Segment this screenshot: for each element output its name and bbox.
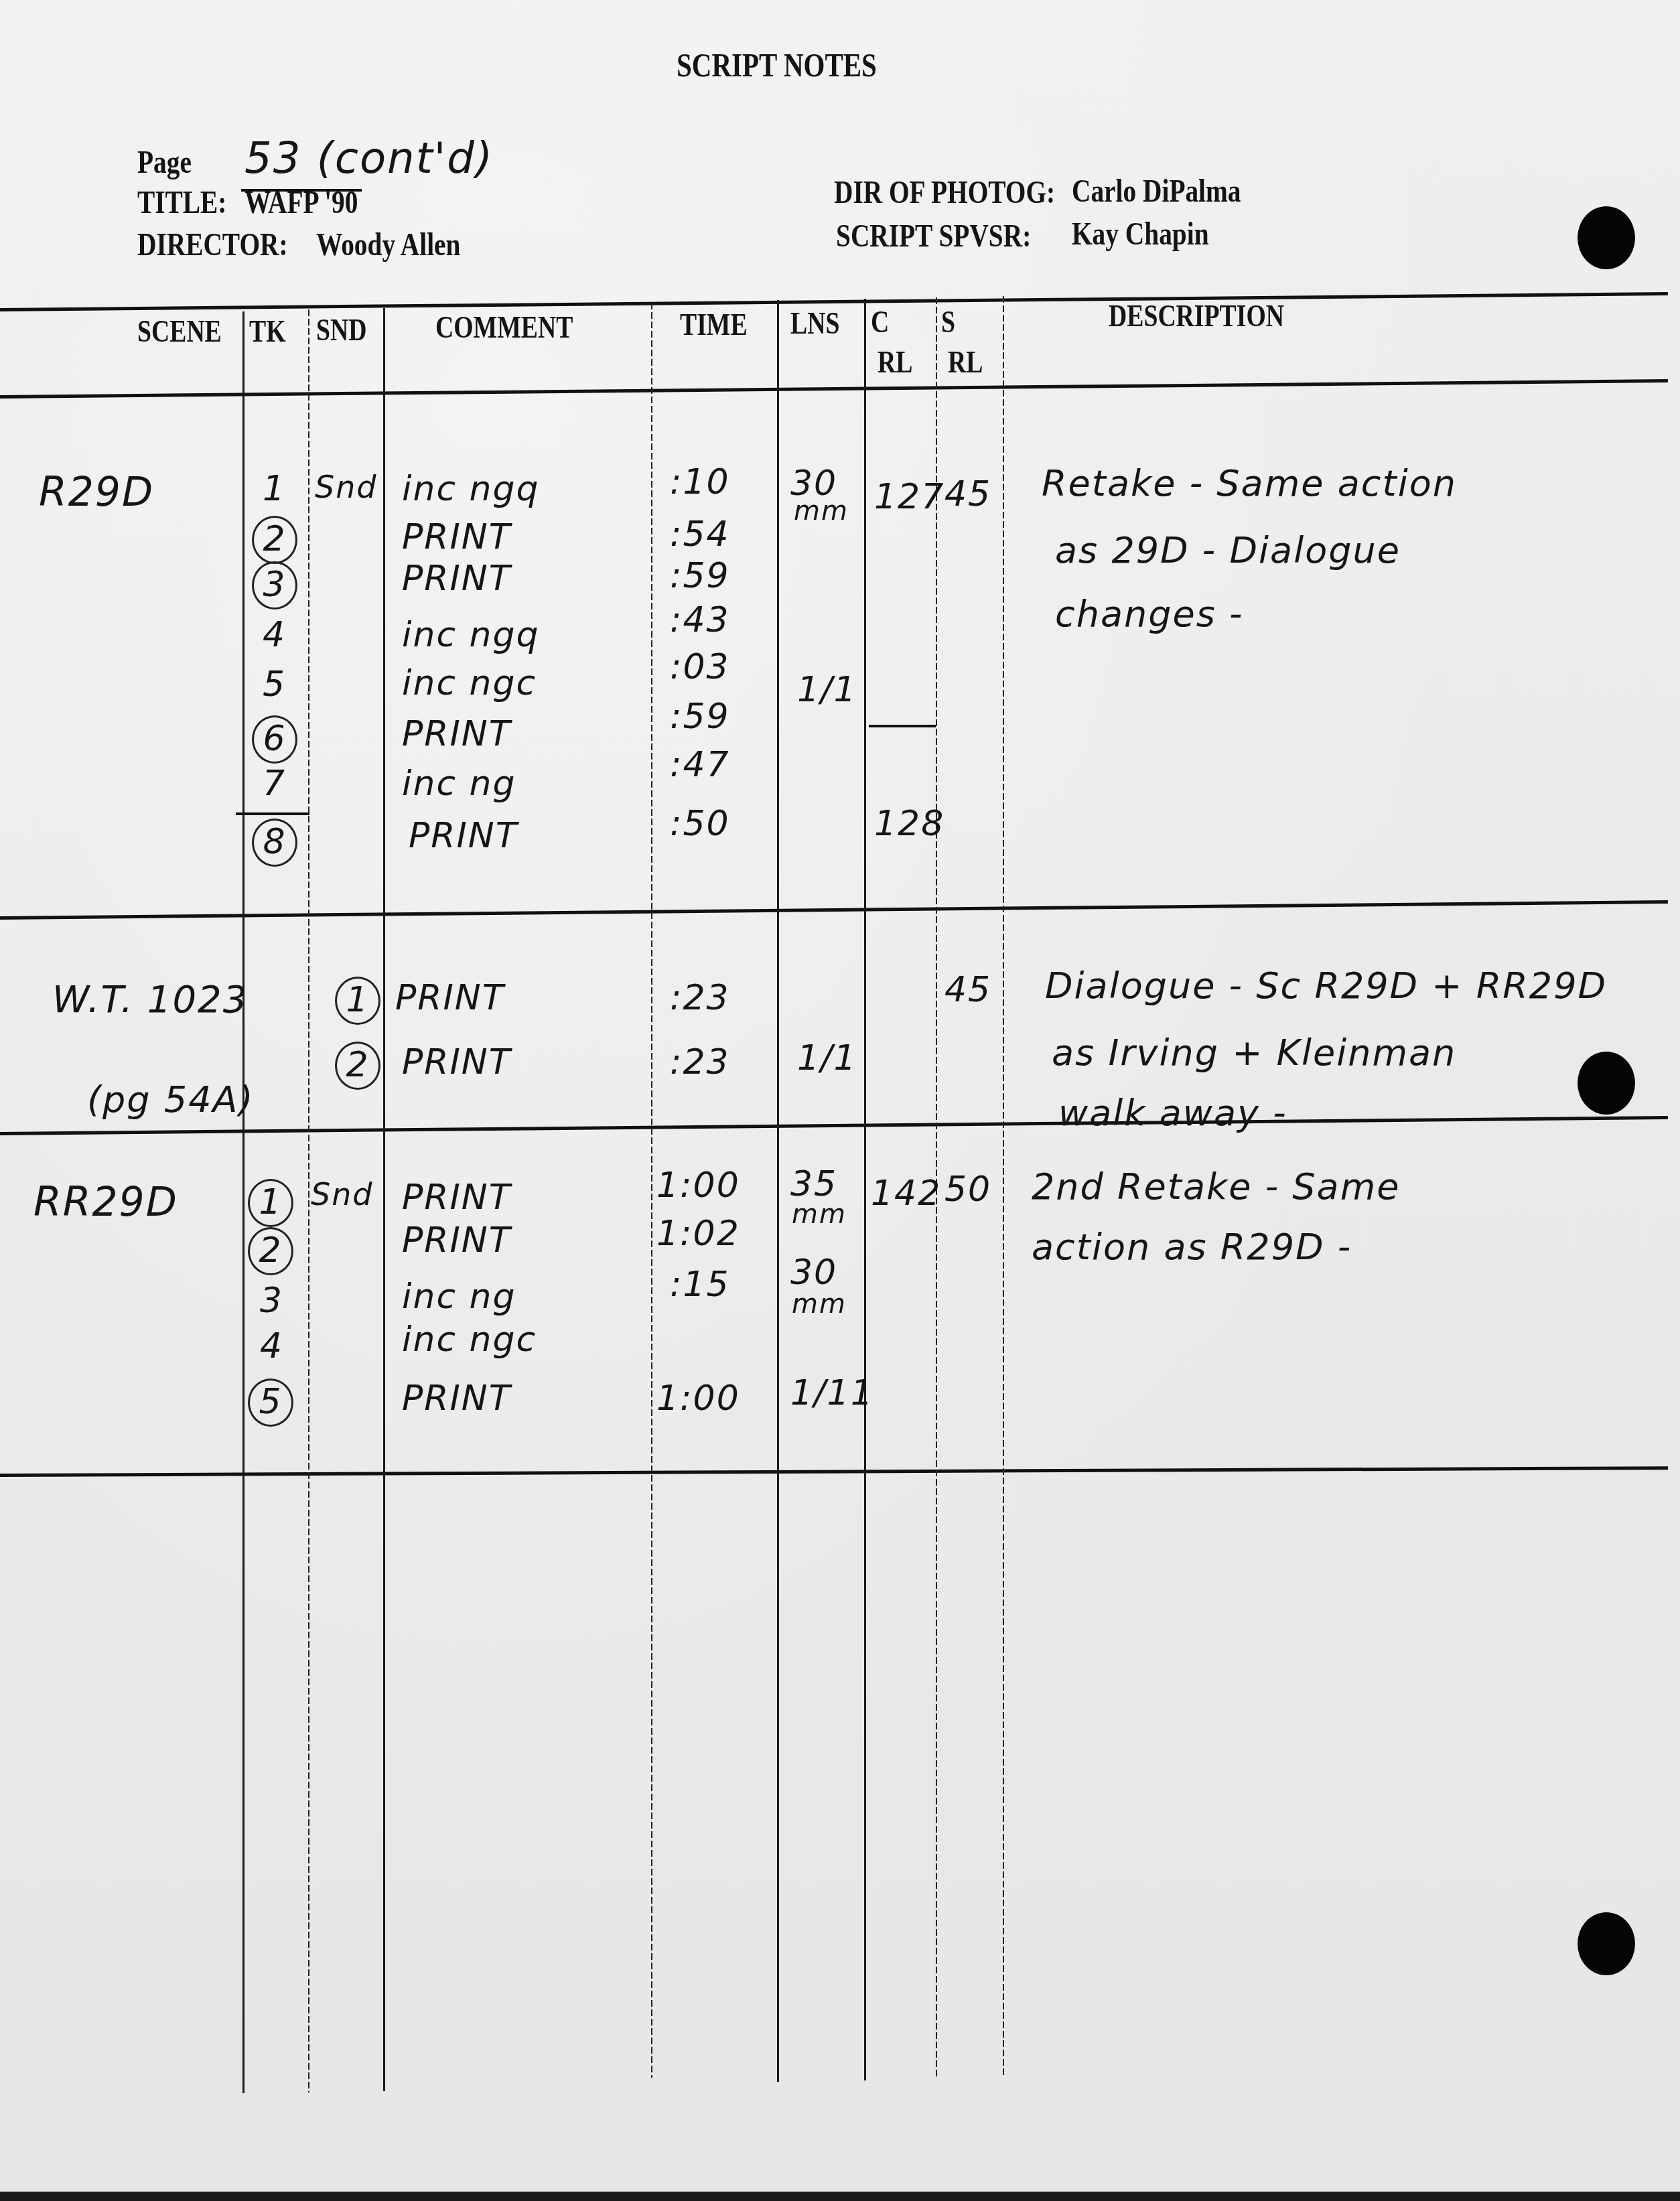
take-time: :50 (670, 804, 730, 844)
take-number-circled: 1 (248, 1179, 293, 1227)
take-time: 1:02 (656, 1214, 740, 1254)
scene-id: R29D (39, 469, 154, 516)
take-comment: PRINT (402, 1220, 512, 1261)
col-header-lns: LNS (790, 305, 839, 341)
take-number-circled: 1 (335, 977, 380, 1025)
take-time: :54 (670, 514, 730, 555)
lens-ratio: 1/1 (797, 670, 857, 710)
take-comment: inc ngq (402, 615, 540, 655)
take-number: 4 (260, 1326, 283, 1366)
title-label: TITLE: (137, 184, 226, 221)
take-number-circled: 6 (252, 715, 297, 764)
take-time: :10 (670, 462, 730, 502)
take-number-circled: 2 (335, 1042, 380, 1090)
lens-unit: mm (792, 1199, 847, 1230)
take-comment: PRINT (402, 517, 512, 557)
take-number: 4 (263, 615, 286, 655)
sound-flag: Snd (311, 1176, 374, 1212)
sound-roll: 45 (944, 474, 991, 514)
lens-ratio: 1/11 (790, 1373, 874, 1413)
col-header-c: C (871, 304, 889, 340)
description-line: Retake - Same action (1042, 462, 1457, 504)
take-time: 1:00 (656, 1378, 740, 1419)
take-time: :03 (670, 647, 730, 687)
col-header-s: S (941, 304, 955, 340)
take-number-circled: 2 (252, 516, 297, 564)
description-line: 2nd Retake - Same (1032, 1165, 1401, 1208)
page-label: Page (137, 144, 192, 181)
take-comment: PRINT (402, 714, 512, 754)
take-number: 7 (263, 764, 286, 804)
take-time: :23 (670, 978, 730, 1018)
description-line: changes - (1055, 593, 1244, 635)
col-header-comment: COMMENT (435, 309, 573, 345)
lens-ratio: 1/1 (797, 1038, 857, 1078)
take-time: :23 (670, 1042, 730, 1082)
take-number-circled: 3 (252, 561, 297, 610)
take-comment: inc ng (402, 1277, 516, 1317)
take-time: 1:00 (656, 1165, 740, 1206)
sound-flag: Snd (315, 469, 378, 505)
take-number-circled: 2 (248, 1227, 293, 1275)
take-number: 3 (260, 1281, 283, 1321)
col-header-s-rl: RL (948, 344, 983, 380)
supervisor-value: Kay Chapin (1072, 216, 1209, 253)
col-header-tk: TK (249, 313, 286, 349)
lens-value: 35 (790, 1164, 837, 1204)
description-line: walk away - (1058, 1092, 1287, 1134)
lens-unit: mm (792, 1289, 847, 1320)
camera-roll-divider (869, 725, 936, 727)
description-line: as 29D - Dialogue (1055, 529, 1401, 571)
hole-punch-top (1578, 206, 1635, 269)
col-header-snd: SND (316, 312, 366, 348)
scene-note: (pg 54A) (87, 1078, 255, 1121)
scene-id: RR29D (33, 1179, 178, 1226)
col-header-c-rl: RL (878, 344, 912, 380)
take-number-circled: 8 (252, 819, 297, 867)
take-time: :59 (670, 556, 730, 596)
take-time: :47 (670, 745, 730, 785)
hole-punch-bottom (1578, 1912, 1635, 1975)
take-time: :59 (670, 697, 730, 737)
take-number-circled: 5 (248, 1378, 293, 1427)
dop-value: Carlo DiPalma (1072, 173, 1241, 210)
director-label: DIRECTOR: (137, 226, 288, 263)
take-comment: inc ngq (402, 469, 540, 509)
col-line-comment-time (651, 303, 652, 2078)
col-header-description: DESCRIPTION (1109, 298, 1284, 334)
take-number: 5 (263, 664, 286, 705)
col-header-scene: SCENE (137, 313, 222, 349)
take-comment: PRINT (409, 816, 518, 856)
take-comment: inc ngc (402, 1320, 537, 1360)
col-line-time-lns (777, 300, 779, 2082)
col-header-time: TIME (680, 307, 748, 342)
hole-punch-middle (1578, 1052, 1635, 1115)
title-value: WAFP '90 (244, 184, 358, 221)
take-number: 1 (263, 469, 286, 509)
camera-roll: 142 (871, 1174, 941, 1214)
scene-id: W.T. 1023 (52, 978, 248, 1021)
take-comment: inc ngc (402, 663, 537, 703)
sound-roll: 45 (944, 970, 991, 1010)
lens-unit: mm (794, 496, 849, 526)
supervisor-label: SCRIPT SPVSR: (836, 218, 1031, 255)
take-time: :15 (670, 1265, 730, 1305)
camera-roll: 128 (874, 804, 944, 844)
col-line-s-description (1003, 296, 1004, 2078)
camera-roll: 127 (874, 477, 944, 517)
take-divider (236, 812, 309, 815)
col-line-snd-comment (383, 308, 385, 2091)
col-line-scene-tk (242, 311, 244, 2093)
take-comment: PRINT (402, 559, 512, 599)
take-comment: PRINT (402, 1042, 512, 1082)
take-comment: PRINT (402, 1378, 512, 1419)
take-comment: inc ng (402, 764, 516, 804)
lens-value: 30 (790, 1253, 837, 1293)
page-heading: SCRIPT NOTES (677, 46, 877, 84)
col-line-tk-snd (308, 309, 309, 2092)
col-line-lns-c (864, 299, 866, 2080)
description-line: as Irving + Kleinman (1052, 1032, 1456, 1074)
page-value: 53 (cont'd) (244, 134, 494, 184)
description-line: action as R29D - (1032, 1226, 1352, 1268)
dop-label: DIR OF PHOTOG: (834, 174, 1055, 211)
director-value: Woody Allen (316, 226, 460, 263)
take-time: :43 (670, 600, 730, 640)
take-comment: PRINT (402, 1178, 512, 1218)
sound-roll: 50 (944, 1169, 991, 1210)
description-line: Dialogue - Sc R29D + RR29D (1045, 965, 1607, 1007)
scan-bottom-edge (0, 2192, 1680, 2201)
take-comment: PRINT (395, 978, 505, 1018)
